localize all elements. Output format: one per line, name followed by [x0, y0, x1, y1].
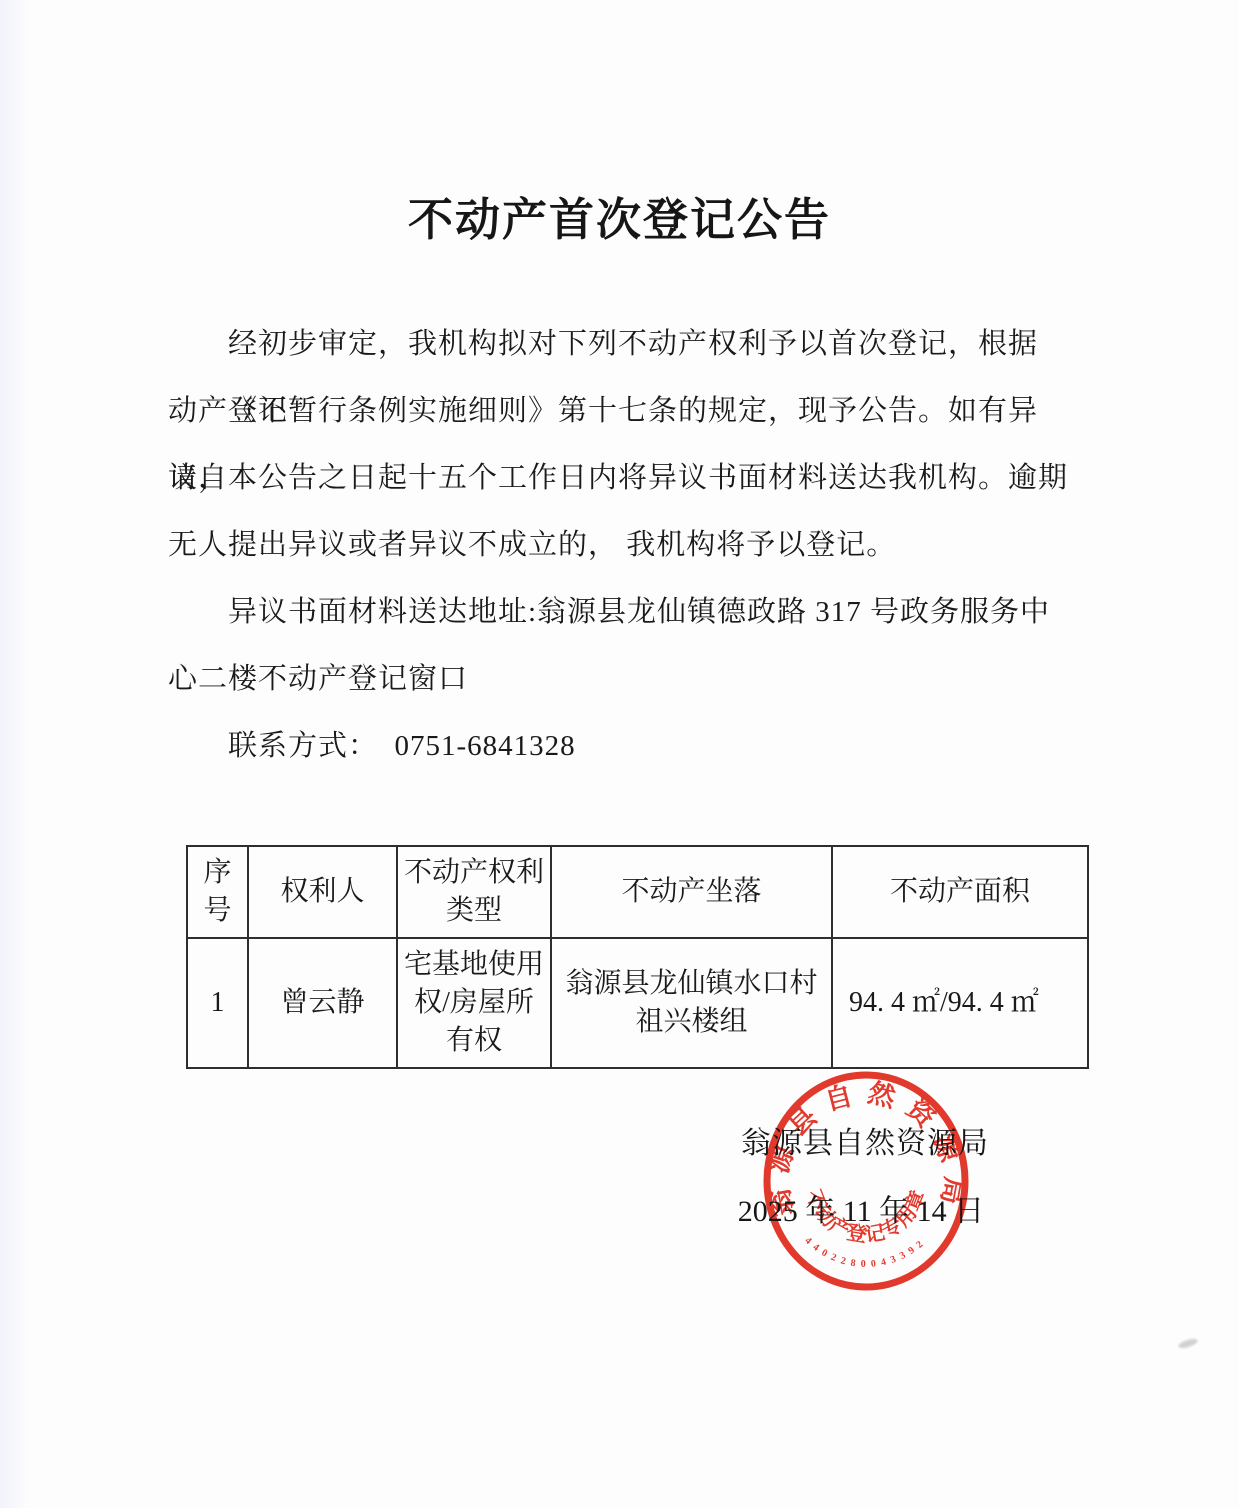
cell-seq: 1 — [187, 938, 248, 1068]
body-line: 经初步审定，我机构拟对下列不动产权利予以首次登记，根据《不 — [168, 311, 1070, 378]
body-line-contact: 联系方式： 0751-6841328 — [168, 713, 1070, 780]
header-holder: 权利人 — [248, 846, 397, 938]
announcement-table: 序号 权利人 不动产权利类型 不动产坐落 不动产面积 1 曾云静 宅基地使用权/… — [186, 845, 1089, 1069]
page: { "title": "不动产首次登记公告", "body": { "lines… — [0, 0, 1239, 1508]
signature-agency: 翁源县自然资源局 — [740, 1118, 990, 1162]
header-area: 不动产面积 — [832, 846, 1088, 938]
announcement-body: 经初步审定，我机构拟对下列不动产权利予以首次登记，根据《不 动产登记暂行条例实施… — [168, 311, 1070, 780]
cell-location: 翁源县龙仙镇水口村祖兴楼组 — [551, 938, 832, 1068]
table-row: 1 曾云静 宅基地使用权/房屋所有权 翁源县龙仙镇水口村祖兴楼组 94. 4 ㎡… — [187, 938, 1088, 1068]
page-title: 不动产首次登记公告 — [0, 183, 1239, 248]
cell-area: 94. 4 ㎡/94. 4 ㎡ — [832, 938, 1088, 1068]
scan-smudge — [1177, 1337, 1198, 1350]
cell-right-type: 宅基地使用权/房屋所有权 — [397, 938, 551, 1068]
body-line: 动产登记暂行条例实施细则》第十七条的规定，现予公告。如有异议， — [168, 378, 1070, 445]
body-line: 无人提出异议或者异议不成立的， 我机构将予以登记。 — [168, 512, 1070, 579]
header-seq: 序号 — [187, 846, 248, 938]
header-location: 不动产坐落 — [551, 846, 832, 938]
cell-holder: 曾云静 — [248, 938, 397, 1068]
official-seal: 翁源县自然资源局 不动产登记专用章 4402280043392 — [756, 1066, 976, 1296]
header-right-type: 不动产权利类型 — [397, 846, 551, 938]
table-header-row: 序号 权利人 不动产权利类型 不动产坐落 不动产面积 — [187, 846, 1088, 938]
body-line-address-cont: 心二楼不动产登记窗口 — [168, 646, 1070, 713]
body-line-address: 异议书面材料送达地址:翁源县龙仙镇德政路 317 号政务服务中 — [168, 579, 1070, 646]
body-line: 请自本公告之日起十五个工作日内将异议书面材料送达我机构。逾期 — [168, 445, 1070, 512]
signature-date: 2025 年 11 年 14 日 — [728, 1186, 994, 1230]
